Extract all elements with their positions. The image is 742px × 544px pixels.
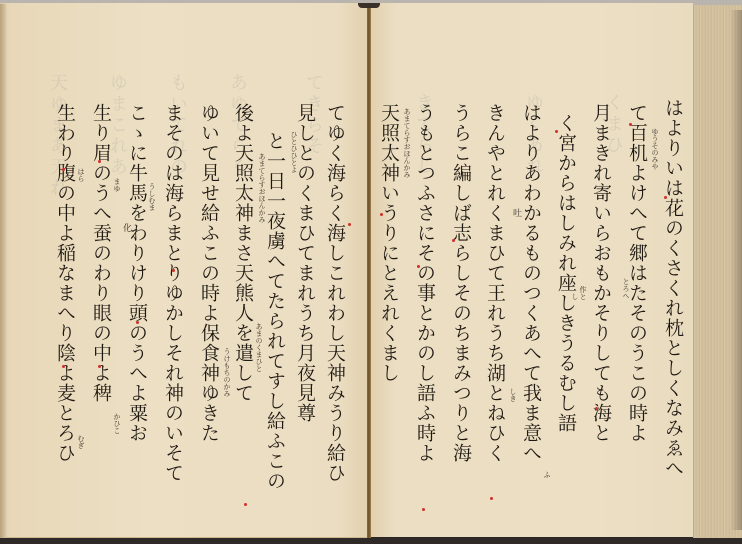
ruby-annotation: ゆうそのみや <box>650 128 660 170</box>
ruby-annotation: むぎ <box>76 435 86 449</box>
ruby-annotation: あまのくまひと <box>254 323 264 372</box>
scan-bottom-border <box>0 538 742 544</box>
punctuation-dot <box>348 223 351 226</box>
punctuation-dot <box>380 213 383 216</box>
ruby-annotation: はら <box>76 168 86 182</box>
ruby-annotation: 化 <box>120 223 133 232</box>
punctuation-dot <box>136 321 139 324</box>
punctuation-dot <box>422 508 425 511</box>
book-spine-gutter <box>367 3 371 539</box>
punctuation-dot <box>629 123 632 126</box>
right-page: きてらし ゆくあれ くまひ はよりいは花のくさくれ枕としくなみゑへ て百机よけへ… <box>370 3 693 537</box>
ruby-annotation: ひとひひとよ <box>289 131 299 173</box>
punctuation-dot <box>98 365 101 368</box>
ruby-annotation: うしむま <box>147 183 157 211</box>
ruby-annotation: ふ <box>542 471 552 478</box>
punctuation-dot <box>555 130 558 133</box>
punctuation-dot <box>595 407 598 410</box>
text-column-9: 生わり腹の中よ稲なまへり陰よ麦とろひ <box>52 103 78 463</box>
punctuation-dot <box>417 265 420 268</box>
punctuation-dot <box>98 160 101 163</box>
punctuation-dot <box>172 269 175 272</box>
punctuation-dot <box>62 365 65 368</box>
text-column-4: 後よ天照太神まさ天熊人を遣して <box>230 103 256 403</box>
fore-edge-shadow <box>730 10 742 530</box>
text-column-8: 生り眉のうへ蚕のわり眼の中よ稗 <box>88 103 114 403</box>
open-book: 天ゆまあ天れ ゆまこれあ もいてれの あゆてらく てきらそ てゆく海らく海しこれ… <box>0 3 742 539</box>
punctuation-dot <box>664 196 667 199</box>
punctuation-dot <box>244 503 247 506</box>
punctuation-dot <box>490 497 493 500</box>
ruby-annotation: あまてらすおほんかみ <box>402 108 412 178</box>
punctuation-dot <box>452 239 455 242</box>
text-column-8: うもとつふさにその事とかのし語ふ時よ <box>412 103 438 463</box>
text-column-1: てゆく海らく海しこれわし天神みうり給ひ <box>322 103 348 483</box>
ruby-annotation: とろへ <box>621 278 631 299</box>
left-page-edge <box>0 4 6 538</box>
ruby-annotation: まゆ <box>112 178 122 192</box>
left-page: 天ゆまあ天れ ゆまこれあ もいてれの あゆてらく てきらそ てゆく海らく海しこれ… <box>0 3 368 539</box>
punctuation-dot <box>62 168 65 171</box>
text-column-7: うらこ編しば志らしそのちまみつりと海 <box>448 103 474 463</box>
ruby-annotation: うけもちのかみ <box>222 348 232 397</box>
text-column-1: はよりいは花のくさくれ枕としくなみゑへ <box>660 98 686 478</box>
text-column-2: て百机よけへて郷はたそのうこの時よ <box>624 103 650 443</box>
text-column-3: 月まきれ寄いらおもかそりしても海と <box>588 103 614 443</box>
text-column-5: ゆいて見せ給ふこの時よ保食神ゆきた <box>196 103 222 443</box>
ruby-annotation: かひこ <box>112 413 122 434</box>
text-column-6: まそのは海らまとりゆかしそれ神のいそて <box>160 103 186 483</box>
text-column-6: きんやとれくまひて王れうち湖とねひく <box>482 103 508 463</box>
binding-thread <box>358 3 380 8</box>
text-column-4: く宮からはしみれ座しきうるむし語 <box>553 113 579 433</box>
ruby-annotation: しき <box>508 388 518 402</box>
ruby-annotation: 吐 <box>510 208 523 217</box>
text-column-5: はよりあわかるものつくあへて我ま意へ <box>518 103 544 463</box>
text-column-9: 天照太神いうりにとえれくまし <box>376 103 402 383</box>
ruby-annotation: し <box>570 293 580 300</box>
text-column-7: こゝに牛馬をわりけり頭のうへよ粟お <box>124 103 150 443</box>
ruby-annotation: あまてらすおほんかみ <box>257 153 267 223</box>
